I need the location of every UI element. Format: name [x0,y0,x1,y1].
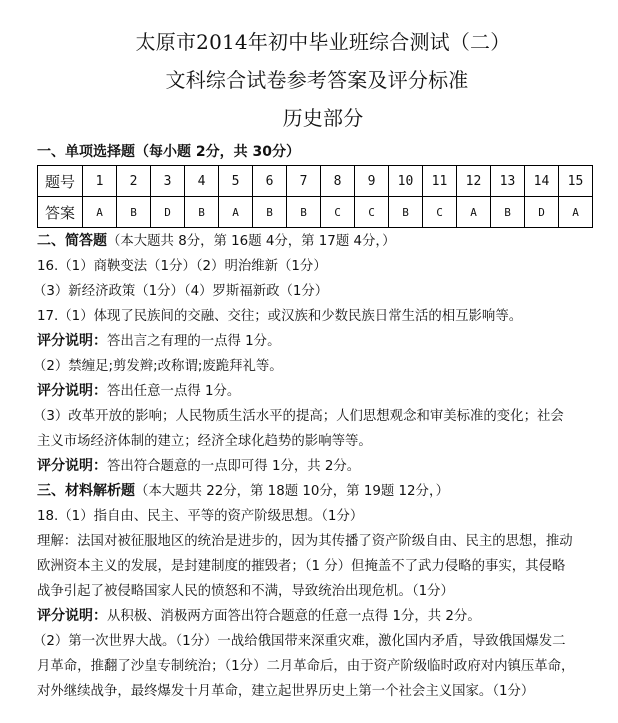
grading-text: 从积极、消极两方面答出符合题意的任意一点得 1分，共 2分。 [107,609,481,624]
answer-q18-2-line: 月革命，推翻了沙皇专制统治；（1分）二月革命后，由于资产阶级临时政府对内镇压革命… [37,654,597,679]
answer-cell: B [117,197,151,228]
question-number: 12 [457,166,491,197]
answer-cell: A [559,197,593,228]
answer-cell: A [219,197,253,228]
answer-row: 答案 A B D B A B B C C B C A B D A [38,197,593,228]
grading-note: 评分说明：从积极、消极两方面答出符合题意的任意一点得 1分，共 2分。 [37,604,597,629]
grading-note: 评分说明：答出任意一点得 1分。 [37,379,597,404]
section-3-title: 三、材料解析题 [37,483,135,499]
question-number: 13 [491,166,525,197]
answer-q18-1: 18.（1）指自由、民主、平等的资产阶级思想。（1分） [37,504,597,529]
answer-table: 题号 1 2 3 4 5 6 7 8 9 10 11 12 13 14 15 答… [37,165,593,228]
question-number: 4 [185,166,219,197]
answer-q17-1: 17.（1）体现了民族间的交融、交往；或汉族和少数民族日常生活的相互影响等。 [37,304,597,329]
answer-q16-line2: （3）新经济政策（1分）（4）罗斯福新政（1分） [33,279,597,304]
answer-cell: A [457,197,491,228]
grading-note: 评分说明：答出符合题意的一点即可得 1分，共 2分。 [37,454,597,479]
section-2-title: 二、简答题 [37,233,107,249]
question-number: 11 [423,166,457,197]
answer-cell: B [287,197,321,228]
question-number: 3 [151,166,185,197]
row-header-number: 题号 [38,166,83,197]
answer-q18-2-line: （2）第一次世界大战。（1分）一战给俄国带来深重灾难，激化国内矛盾，导致俄国爆发… [33,629,597,654]
question-number: 14 [525,166,559,197]
grading-text: 答出任意一点得 1分。 [107,384,240,399]
answer-q17-2: （2）禁缠足;剪发辫;改称谓;废跪拜礼等。 [33,354,597,379]
answer-q17-3-line2: 主义市场经济体制的建立；经济全球化趋势的影响等等。 [37,429,597,454]
grading-note: 评分说明：答出言之有理的一点得 1分。 [37,329,597,354]
question-number: 6 [253,166,287,197]
section-1-heading: 一、单项选择题（每小题 2分，共 30分） [37,143,300,161]
grading-text: 答出符合题意的一点即可得 1分，共 2分。 [107,459,360,474]
question-number: 7 [287,166,321,197]
answer-cell: C [321,197,355,228]
grading-text: 答出言之有理的一点得 1分。 [107,334,280,349]
understanding-line: 欧洲资本主义的发展，是封建制度的摧毁者；（1 分）但掩盖不了武力侵略的事实，其侵… [37,554,597,579]
answer-cell: B [491,197,525,228]
question-number: 10 [389,166,423,197]
question-number: 15 [559,166,593,197]
answer-cell: D [525,197,559,228]
answer-cell: B [389,197,423,228]
question-number-row: 题号 1 2 3 4 5 6 7 8 9 10 11 12 13 14 15 [38,166,593,197]
subject-title: 历史部分 [14,106,618,130]
grading-label: 评分说明： [37,608,107,624]
answer-body: 二、简答题（本大题共 8分，第 16题 4分，第 17题 4分，） 16.（1）… [37,229,597,704]
answer-q18-2-line: 对外继续战争，最终爆发十月革命，建立起世界历史上第一个社会主义国家。（1分） [37,679,597,704]
row-header-answer: 答案 [38,197,83,228]
question-number: 1 [83,166,117,197]
understanding-line: 理解：法国对被征服地区的统治是进步的，因为其传播了资产阶级自由、民主的思想，推动 [37,529,597,554]
grading-label: 评分说明： [37,333,107,349]
answer-cell: A [83,197,117,228]
answer-cell: B [253,197,287,228]
answer-key-title: 文科综合试卷参考答案及评分标准 [8,68,618,92]
answer-q17-3-line1: （3）改革开放的影响；人民物质生活水平的提高；人们思想观念和审美标准的变化；社会 [33,404,597,429]
answer-q16-line1: 16.（1）商鞅变法（1分）（2）明治维新（1分） [37,254,597,279]
question-number: 9 [355,166,389,197]
section-2-heading: 二、简答题（本大题共 8分，第 16题 4分，第 17题 4分，） [37,229,597,254]
section-3-note: （本大题共 22分，第 18题 10分，第 19题 12分，） [135,484,449,499]
exam-title: 太原市2014年初中毕业班综合测试（二） [14,30,618,54]
understanding-line: 战争引起了被侵略国家人民的愤怒和不满，导致统治出现危机。（1分） [37,579,597,604]
answer-cell: C [423,197,457,228]
answer-cell: C [355,197,389,228]
question-number: 2 [117,166,151,197]
grading-label: 评分说明： [37,383,107,399]
question-number: 8 [321,166,355,197]
answer-cell: B [185,197,219,228]
answer-cell: D [151,197,185,228]
section-2-note: （本大题共 8分，第 16题 4分，第 17题 4分，） [107,234,395,249]
grading-label: 评分说明： [37,458,107,474]
question-number: 5 [219,166,253,197]
section-3-heading: 三、材料解析题（本大题共 22分，第 18题 10分，第 19题 12分，） [37,479,597,504]
